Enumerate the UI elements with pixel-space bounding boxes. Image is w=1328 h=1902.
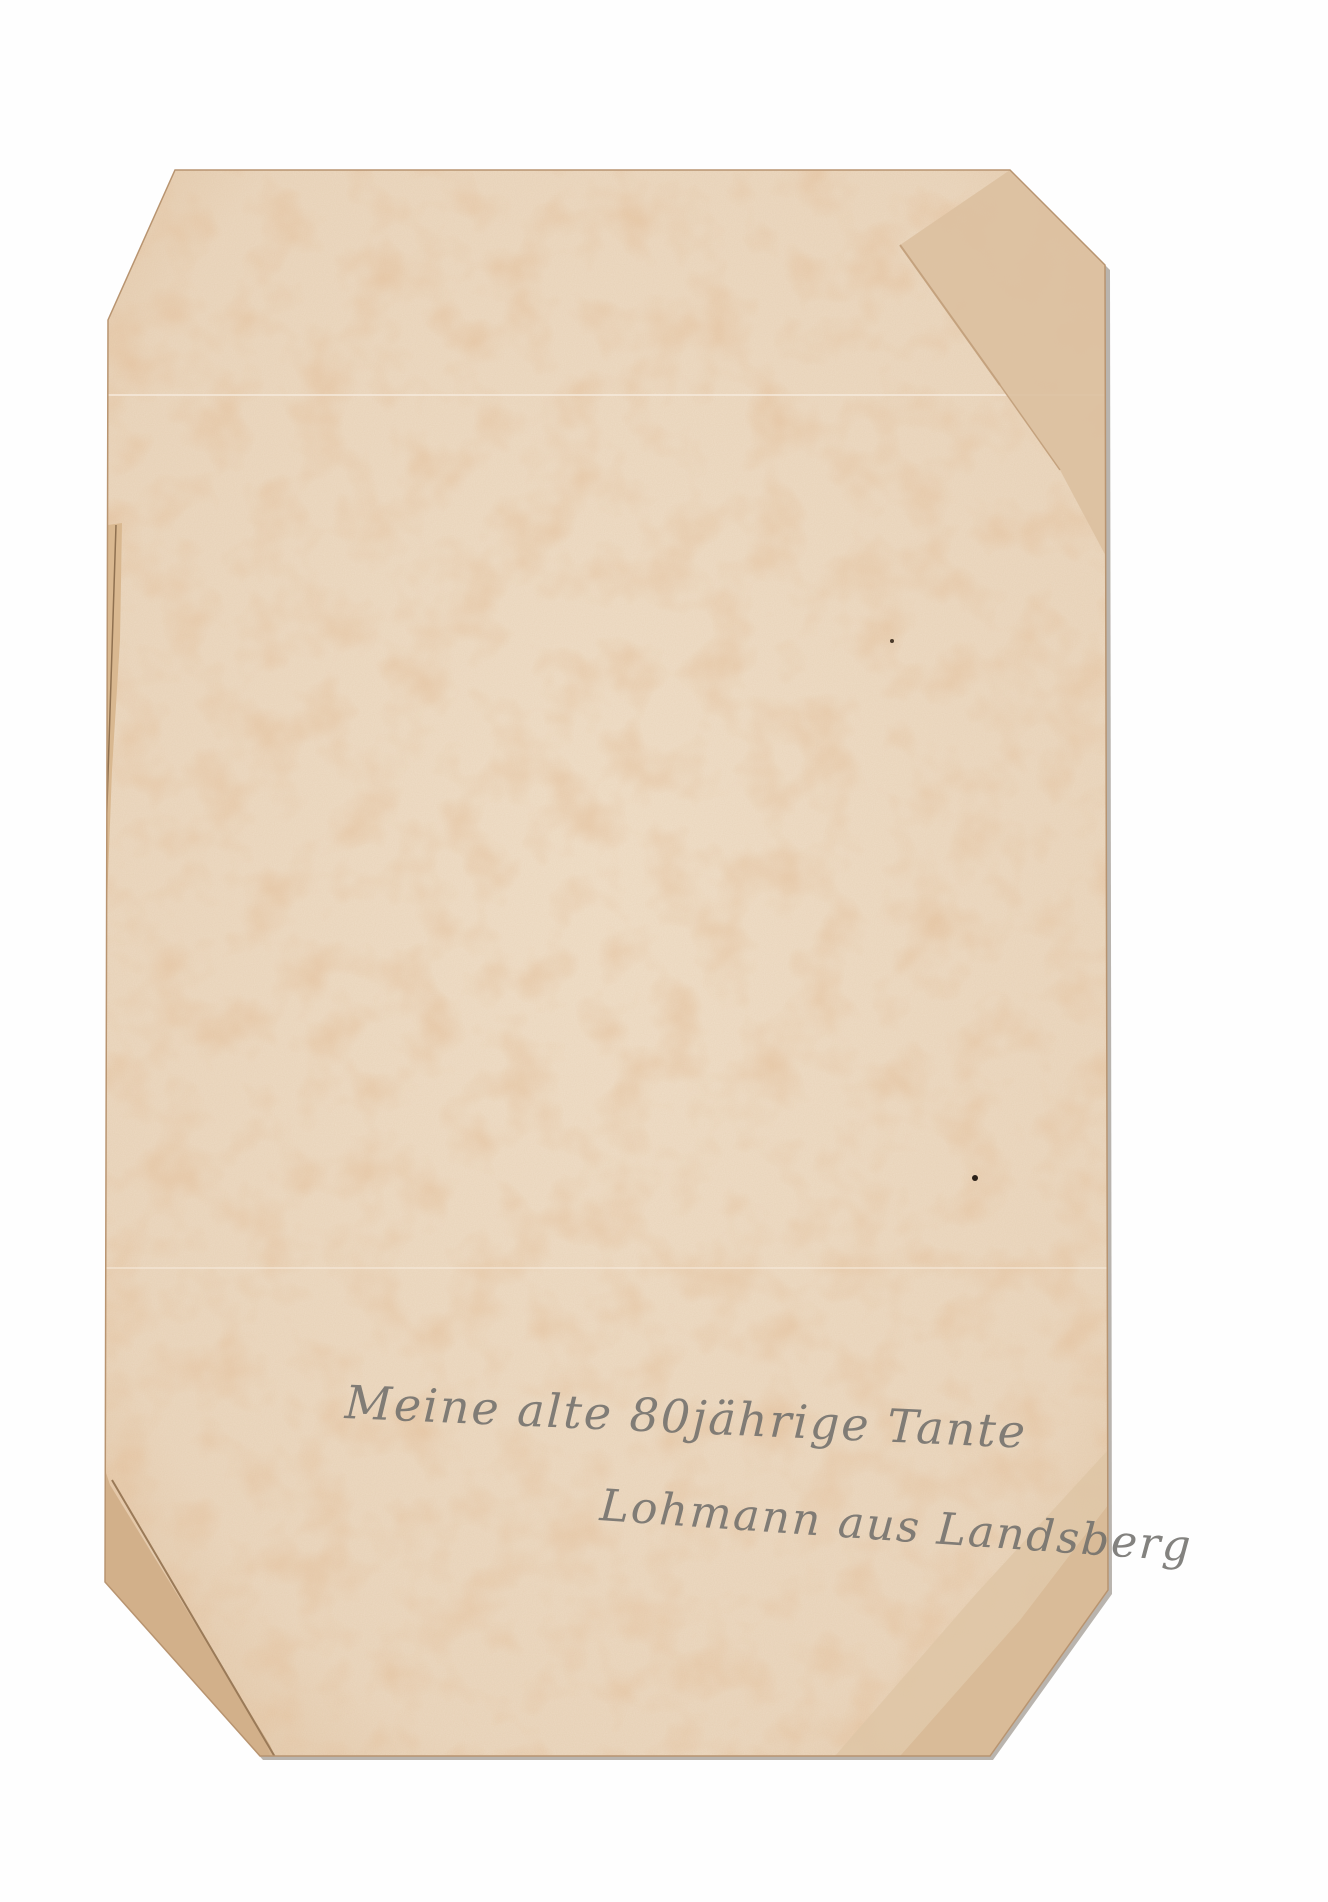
card-paper: [0, 0, 1328, 1902]
photo-card-back: Meine alte 80jährige Tante Lohmann aus L…: [0, 0, 1328, 1902]
